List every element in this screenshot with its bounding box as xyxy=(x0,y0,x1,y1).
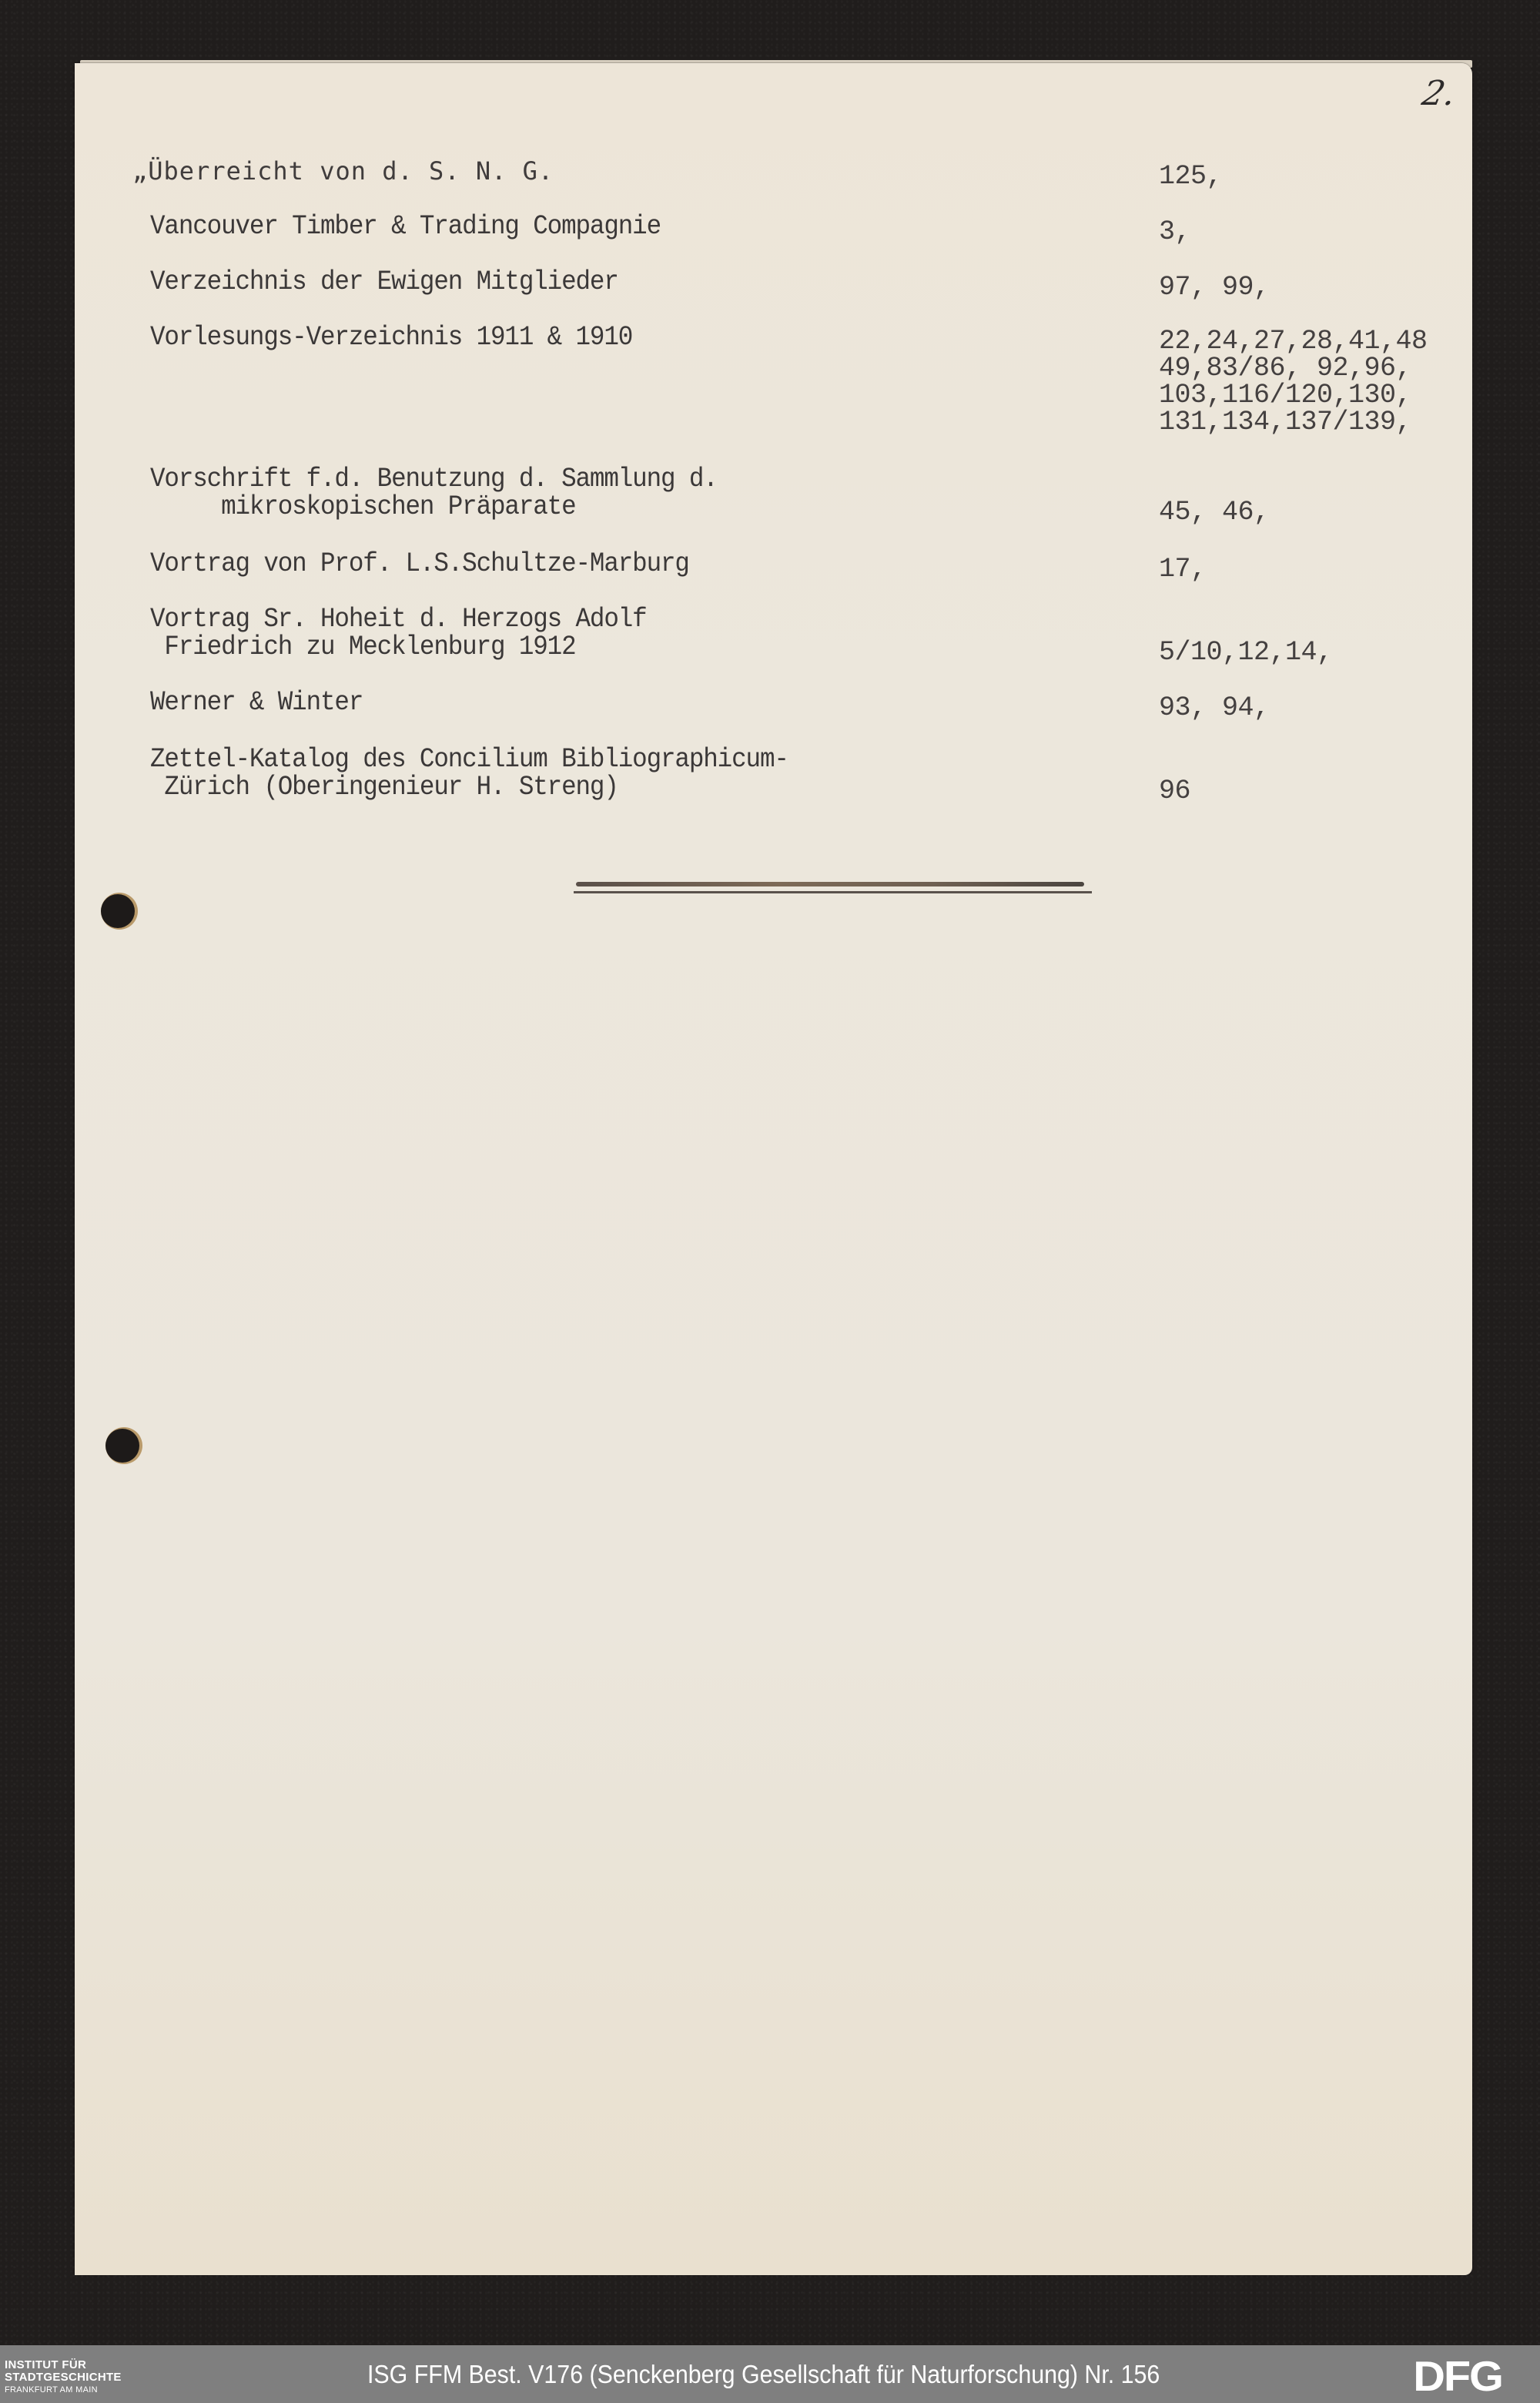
index-entry-text: Vorschrift f.d. Benutzung d. Sammlung d. xyxy=(150,465,718,493)
punch-hole-lower xyxy=(105,1429,139,1463)
index-entry-text: Werner & Winter xyxy=(150,689,363,716)
index-entry-pages-line: 49,83/86, 92,96, xyxy=(1159,355,1411,383)
index-entry-pages: 3, xyxy=(1159,219,1190,246)
index-entry-pages: 96 xyxy=(1159,778,1190,806)
punch-hole-upper xyxy=(101,894,135,928)
index-entry-text: Vancouver Timber & Trading Compagnie xyxy=(150,213,661,240)
index-entry-pages-line: 131,134,137/139, xyxy=(1159,409,1411,437)
institution-name-line2: STADTGESCHICHTE xyxy=(5,2371,122,2384)
closing-rule-thick xyxy=(576,882,1084,886)
index-entry-pages: 97, 99, xyxy=(1159,274,1270,302)
index-entry-pages: 93, 94, xyxy=(1159,695,1270,722)
index-entry-text-continuation: Friedrich zu Mecklenburg 1912 xyxy=(150,633,576,661)
index-entry-pages: 17, xyxy=(1159,556,1207,584)
index-entry-text: Vorlesungs-Verzeichnis 1911 & 1910 xyxy=(150,323,632,351)
index-entry-text: Verzeichnis der Ewigen Mitglieder xyxy=(150,268,618,296)
index-entry-pages-line: 22,24,27,28,41,48 xyxy=(1159,328,1428,356)
index-entry-pages-line: 103,116/120,130, xyxy=(1159,382,1411,410)
index-entry-text: „Überreicht von d. S. N. G. xyxy=(132,157,554,185)
institution-location: FRANKFURT AM MAIN xyxy=(5,2384,122,2396)
index-entry-text: Vortrag von Prof. L.S.Schultze-Marburg xyxy=(150,550,689,578)
archive-footer-bar: INSTITUT FÜR STADTGESCHICHTE FRANKFURT A… xyxy=(0,2345,1540,2403)
index-entry-pages: 45, 46, xyxy=(1159,499,1270,527)
index-entry-text: Zettel-Katalog des Concilium Bibliograph… xyxy=(150,746,788,773)
institution-name-line1: INSTITUT FÜR xyxy=(5,2358,86,2371)
dfg-logo: DFG xyxy=(1413,2353,1502,2399)
institution-logo: INSTITUT FÜR STADTGESCHICHTE FRANKFURT A… xyxy=(5,2359,122,2396)
index-entry-text-continuation: mikroskopischen Präparate xyxy=(150,493,576,521)
index-entry-pages: 125, xyxy=(1159,163,1222,191)
closing-rule-thin xyxy=(574,891,1092,893)
index-entry-pages: 5/10,12,14, xyxy=(1159,639,1333,667)
index-entry-text-continuation: Zürich (Oberingenieur H. Streng) xyxy=(150,773,618,801)
index-entry-text: Vortrag Sr. Hoheit d. Herzogs Adolf xyxy=(150,605,647,633)
archive-reference-caption: ISG FFM Best. V176 (Senckenberg Gesellsc… xyxy=(367,2359,1160,2390)
